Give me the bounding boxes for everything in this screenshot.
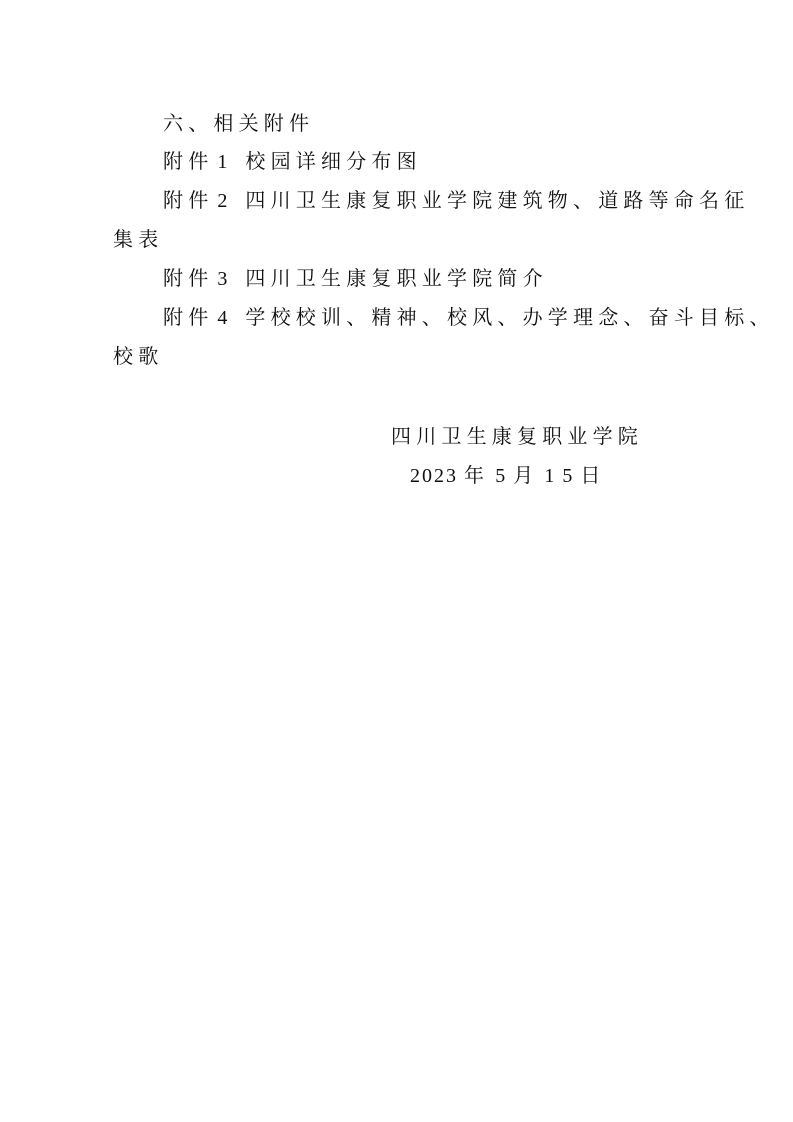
attachment-2: 附件2四川卫生康复职业学院建筑物、道路等命名征 [163, 188, 743, 213]
attachment-number: 1 [217, 151, 227, 173]
attachment-title: 四川卫生康复职业学院简介 [245, 266, 547, 290]
attachment-4: 附件4学校校训、精神、校风、办学理念、奋斗目标、 [163, 305, 743, 330]
attachment-1: 附件1校园详细分布图 [163, 149, 743, 174]
date-day-label: 日 [580, 463, 605, 487]
attachment-number: 2 [217, 190, 227, 212]
date-year: 2023 [410, 465, 458, 487]
section-heading: 六、相关附件 [163, 111, 743, 135]
attachment-title: 学校校训、精神、校风、办学理念、奋斗目标、 [245, 305, 774, 329]
attachment-number: 3 [217, 268, 227, 290]
attachment-2-wrap: 集表 [113, 227, 693, 251]
attachment-title: 四川卫生康复职业学院建筑物、道路等命名征 [245, 188, 749, 212]
document-page: 六、相关附件 附件1校园详细分布图 附件2四川卫生康复职业学院建筑物、道路等命名… [0, 0, 793, 1122]
attachment-prefix: 附件 [163, 266, 213, 290]
date-month-label: 月 [513, 463, 538, 487]
attachment-number: 4 [217, 307, 227, 329]
attachment-prefix: 附件 [163, 149, 213, 173]
attachment-title: 校园详细分布图 [245, 149, 421, 173]
attachment-prefix: 附件 [163, 305, 213, 329]
attachment-4-wrap: 校歌 [113, 344, 693, 368]
attachment-prefix: 附件 [163, 188, 213, 212]
date-year-label: 年 [464, 463, 489, 487]
signature-date: 2023年5月15日 [410, 463, 606, 488]
date-day: 15 [544, 465, 580, 487]
attachment-3: 附件3四川卫生康复职业学院简介 [163, 266, 743, 291]
signature-organization: 四川卫生康复职业学院 [391, 424, 643, 448]
date-month: 5 [495, 465, 507, 487]
